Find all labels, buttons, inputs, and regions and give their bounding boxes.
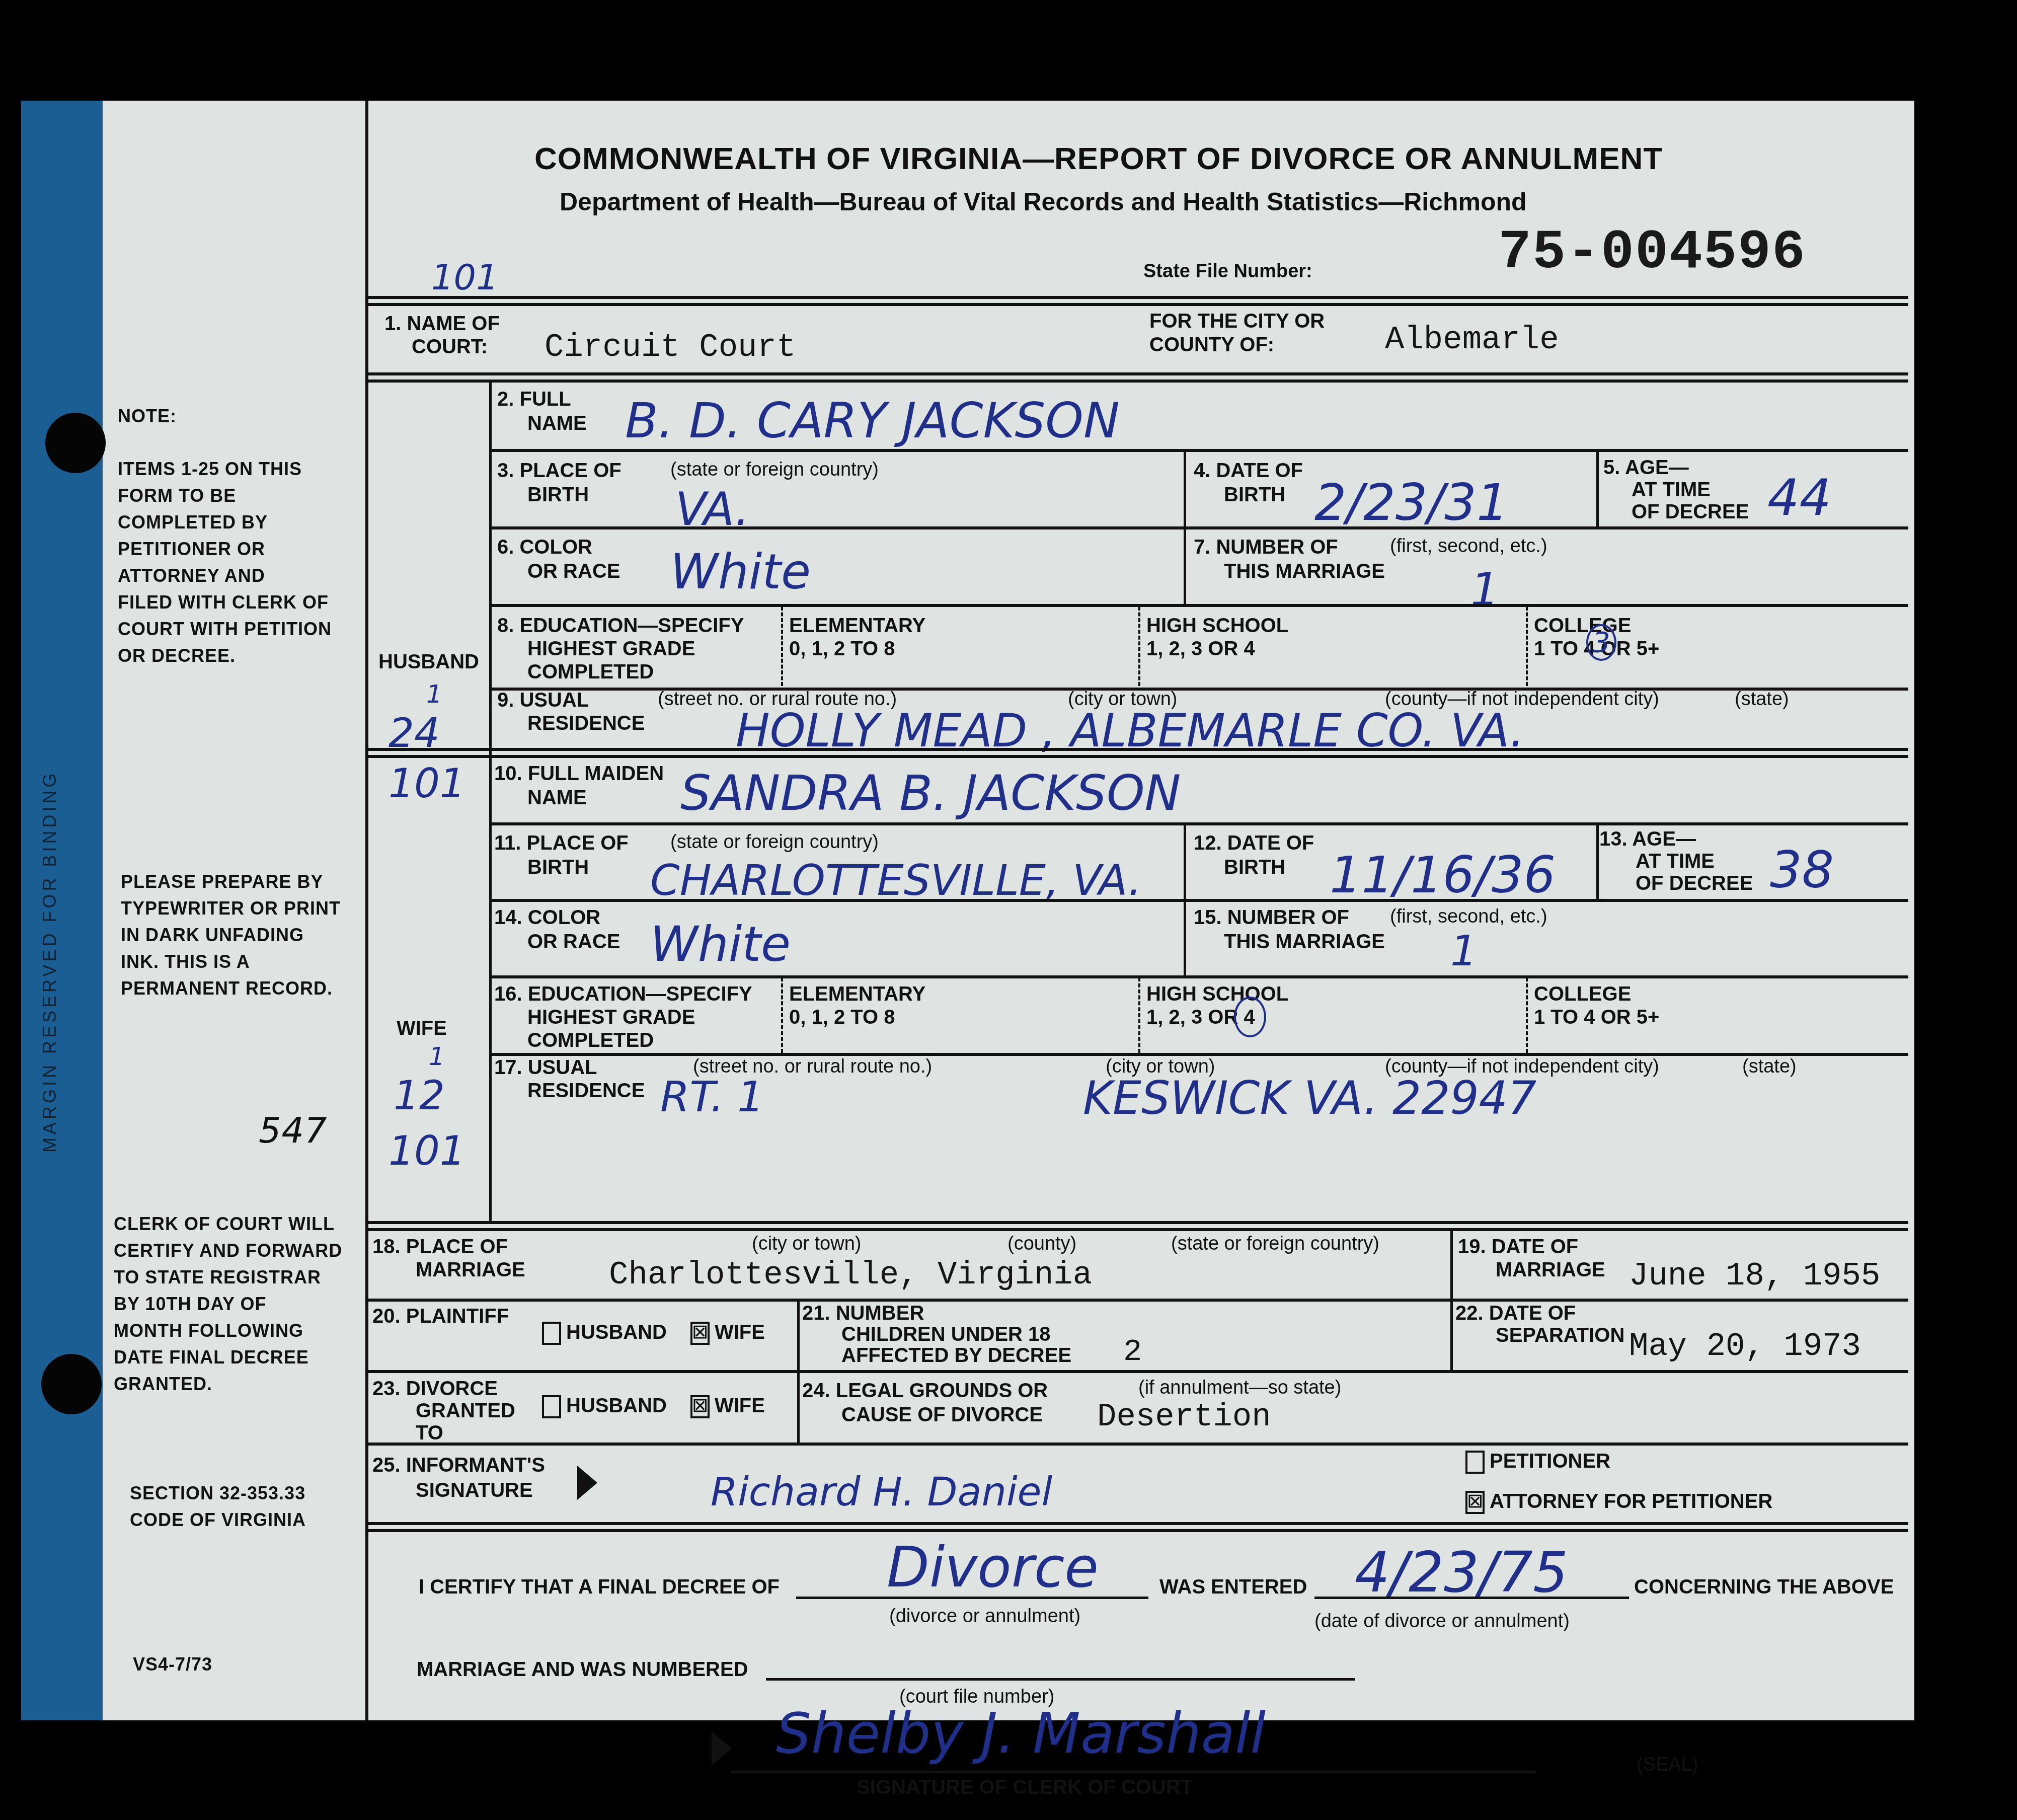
was-entered-text: WAS ENTERED	[1159, 1575, 1307, 1599]
husband-name-label: NAME	[527, 412, 587, 435]
marriage-place-hint-state: (state or foreign country)	[1171, 1233, 1379, 1255]
husband-race-label: 6. COLOR	[497, 536, 592, 559]
court-label-1: 1. NAME OF	[384, 312, 500, 335]
granted-wife-checkbox[interactable]: ☒WIFE	[690, 1394, 765, 1418]
informant-attorney-checkbox[interactable]: ☒ATTORNEY FOR PETITIONER	[1465, 1490, 1772, 1514]
husband-marriage-num-hint: (first, second, etc.)	[1390, 536, 1547, 557]
husband-dob-label: 4. DATE OF	[1194, 459, 1303, 482]
husband-race-field[interactable]: White	[670, 544, 811, 600]
prepare-line: TYPEWRITER OR PRINT	[121, 895, 341, 922]
wife-name-label: 10. FULL MAIDEN	[494, 762, 664, 785]
grounds-label: CAUSE OF DIVORCE	[841, 1403, 1043, 1426]
marriage-place-label: MARRIAGE	[416, 1258, 525, 1281]
clerk-signature-label: SIGNATURE OF CLERK OF COURT	[857, 1776, 1193, 1799]
divider	[368, 1529, 1908, 1532]
marriage-place-label: 18. PLACE OF	[372, 1235, 508, 1258]
clerk-signature-line	[731, 1771, 1536, 1773]
informant-label: 25. INFORMANT'S	[372, 1454, 545, 1477]
section-line: CODE OF VIRGINIA	[130, 1506, 306, 1533]
husband-section-label: HUSBAND	[378, 650, 479, 673]
plaintiff-wife-checkbox[interactable]: ☒WIFE	[690, 1321, 765, 1345]
county-field[interactable]: Albemarle	[1385, 322, 1559, 358]
wife-marriage-num-hint: (first, second, etc.)	[1390, 906, 1547, 928]
granted-label: 23. DIVORCE	[372, 1377, 498, 1400]
wife-birthplace-hint: (state or foreign country)	[670, 831, 879, 853]
punch-hole-top	[45, 413, 106, 473]
wife-dob-label: BIRTH	[1224, 856, 1285, 879]
cell-divider	[1450, 1231, 1453, 1300]
wife-edu-college-range: 1 TO 4 OR 5+	[1534, 1006, 1659, 1029]
marriage-place-hint-city: (city or town)	[752, 1233, 861, 1255]
court-name-field[interactable]: Circuit Court	[545, 330, 796, 366]
clerk-line: GRANTED.	[114, 1371, 212, 1397]
wife-dob-field[interactable]: 11/16/36	[1330, 846, 1556, 904]
granted-label: TO	[416, 1421, 443, 1445]
checkbox-icon	[1465, 1451, 1485, 1474]
checkbox-icon	[542, 1322, 561, 1345]
wife-marriage-num-field[interactable]: 1	[1450, 926, 1477, 975]
marriage-date-label: MARRIAGE	[1496, 1258, 1605, 1281]
husband-birthplace-label: 3. PLACE OF	[497, 459, 622, 482]
form-title: COMMONWEALTH OF VIRGINIA—REPORT OF DIVOR…	[534, 141, 1663, 177]
note-line: ITEMS 1-25 ON THIS	[118, 456, 302, 482]
divider	[368, 755, 1908, 758]
wife-education-label: COMPLETED	[527, 1029, 654, 1052]
clerk-line: CERTIFY AND FORWARD	[114, 1237, 342, 1264]
husband-birthplace-hint: (state or foreign country)	[670, 459, 879, 481]
court-file-number-line	[766, 1678, 1355, 1681]
cell-divider	[781, 977, 783, 1053]
prepare-line: INK. THIS IS A	[121, 948, 250, 975]
informant-petitioner-checkbox[interactable]: PETITIONER	[1465, 1450, 1610, 1474]
grounds-field[interactable]: Desertion	[1097, 1399, 1271, 1435]
husband-education-label: 8. EDUCATION—SPECIFY	[497, 614, 744, 637]
husband-age-label: OF DECREE	[1632, 500, 1749, 523]
state-file-number-label: State File Number:	[1143, 261, 1312, 282]
divider	[489, 975, 1908, 978]
state-file-number: 75-004596	[1498, 221, 1806, 284]
marriage-place-hint-county: (county)	[1007, 1233, 1076, 1255]
husband-edu-college-circled[interactable]: 3	[1586, 624, 1616, 661]
clerk-line: BY 10TH DAY OF	[114, 1291, 266, 1317]
form-id: VS4-7/73	[133, 1651, 212, 1678]
plaintiff-label: 20. PLAINTIFF	[372, 1305, 509, 1328]
husband-age-field[interactable]: 44	[1767, 468, 1831, 527]
cell-divider	[1526, 606, 1528, 686]
cell-divider	[1450, 1302, 1453, 1372]
decree-date-hint: (date of divorce or annulment)	[1314, 1611, 1570, 1632]
plaintiff-husband-checkbox[interactable]: HUSBAND	[542, 1321, 667, 1345]
cell-divider	[1138, 977, 1140, 1053]
cell-divider	[781, 606, 783, 686]
clerk-line: DATE FINAL DECREE	[114, 1344, 309, 1371]
punch-hole-bottom	[41, 1354, 102, 1414]
wife-edu-highschool-circle[interactable]: 4	[1234, 997, 1266, 1037]
form-main: COMMONWEALTH OF VIRGINIA—REPORT OF DIVOR…	[368, 101, 1915, 1720]
cell-divider	[1526, 977, 1528, 1053]
husband-birthplace-label: BIRTH	[527, 483, 589, 506]
husband-marriage-num-label: 7. NUMBER OF	[1194, 536, 1338, 559]
county-label-1: FOR THE CITY OR	[1149, 310, 1325, 333]
wife-race-label: OR RACE	[527, 930, 620, 953]
divider	[368, 1370, 1908, 1373]
wife-education-label: 16. EDUCATION—SPECIFY	[494, 982, 752, 1006]
divider	[368, 296, 1908, 299]
note-line: COURT WITH PETITION	[118, 616, 332, 642]
wife-edu-elementary-range: 0, 1, 2 TO 8	[789, 1006, 895, 1029]
divider	[489, 526, 1908, 529]
checkbox-label: WIFE	[715, 1395, 765, 1417]
wife-margin-code: 101	[389, 1127, 466, 1174]
note-line: COMPLETED BY	[118, 509, 268, 536]
clerk-signature-field[interactable]: Shelby J. Marshall	[776, 1701, 1266, 1766]
divider	[489, 449, 1908, 452]
decree-date-field[interactable]: 4/23/75	[1355, 1540, 1568, 1605]
husband-education-label: COMPLETED	[527, 660, 654, 684]
note-line: FILED WITH CLERK OF	[118, 589, 329, 616]
granted-husband-checkbox[interactable]: HUSBAND	[542, 1394, 667, 1418]
wife-age-field[interactable]: 38	[1770, 841, 1834, 899]
marriage-date-field[interactable]: June 18, 1955	[1629, 1258, 1880, 1295]
children-label: CHILDREN UNDER 18	[841, 1323, 1051, 1346]
court-label-2: COURT:	[412, 335, 488, 358]
section-divider	[489, 758, 492, 1221]
husband-edu-highschool-range: 1, 2, 3 OR 4	[1146, 637, 1255, 660]
wife-residence-city-field[interactable]: KESWICK VA. 22947	[1083, 1072, 1536, 1125]
husband-residence-label: RESIDENCE	[527, 712, 645, 735]
husband-name-label: 2. FULL	[497, 388, 571, 411]
note-line: ATTORNEY AND	[118, 562, 265, 589]
clerk-line: MONTH FOLLOWING	[114, 1317, 303, 1344]
grounds-label: 24. LEGAL GROUNDS OR	[802, 1379, 1048, 1402]
wife-margin-code: 1	[429, 1042, 445, 1071]
decree-type-field[interactable]: Divorce	[887, 1535, 1099, 1600]
marriage-date-label: 19. DATE OF	[1458, 1235, 1578, 1258]
wife-education-label: HIGHEST GRADE	[527, 1006, 695, 1029]
note-line: OR DECREE.	[118, 642, 236, 669]
children-field[interactable]: 2	[1123, 1334, 1142, 1370]
section-line: SECTION 32-353.33	[130, 1480, 305, 1506]
granted-label: GRANTED	[416, 1399, 515, 1422]
cell-divider	[1184, 900, 1186, 975]
wife-residence-label: 17. USUAL	[494, 1056, 597, 1079]
separation-label: SEPARATION	[1496, 1324, 1624, 1347]
marriage-place-field[interactable]: Charlottesville, Virginia	[609, 1257, 1092, 1294]
divider	[489, 604, 1908, 607]
divider	[489, 899, 1908, 902]
separation-date-field[interactable]: May 20, 1973	[1629, 1329, 1861, 1365]
arrow-right-icon	[712, 1731, 732, 1766]
divider	[368, 303, 1908, 306]
husband-residence-label: 9. USUAL	[497, 689, 589, 712]
cell-divider	[1184, 823, 1186, 899]
divider	[489, 822, 1908, 825]
note-line: PETITIONER OR	[118, 536, 265, 562]
checkbox-label: PETITIONER	[1490, 1450, 1610, 1472]
divider	[368, 1299, 1908, 1302]
binding-text: MARGIN RESERVED FOR BINDING	[39, 771, 60, 1153]
checkbox-checked-icon: ☒	[690, 1322, 710, 1345]
concerning-text: CONCERNING THE ABOVE	[1634, 1575, 1894, 1599]
sidebar-notes: NOTE: ITEMS 1-25 ON THIS FORM TO BE COMP…	[103, 101, 368, 1720]
handwritten-code-top: 101	[431, 257, 499, 298]
children-label: 21. NUMBER	[802, 1302, 924, 1325]
husband-residence-hint-state: (state)	[1735, 689, 1789, 710]
husband-education-label: HIGHEST GRADE	[527, 637, 695, 660]
husband-edu-college[interactable]: COLLEGE	[1534, 614, 1631, 637]
checkbox-checked-icon: ☒	[1465, 1491, 1485, 1514]
wife-margin-code: 12	[394, 1072, 445, 1119]
wife-birthplace-label: 11. PLACE OF	[494, 831, 629, 855]
cell-divider	[1184, 450, 1186, 526]
husband-race-label: OR RACE	[527, 560, 620, 583]
wife-edu-highschool[interactable]: HIGH SCHOOL	[1146, 982, 1288, 1006]
husband-marriage-num-field[interactable]: 1	[1470, 564, 1499, 617]
arrow-right-icon	[577, 1466, 597, 1500]
wife-race-field[interactable]: White	[650, 916, 791, 972]
county-label-2: COUNTY OF:	[1149, 333, 1274, 356]
checkbox-icon	[542, 1395, 561, 1418]
divider	[368, 380, 1908, 383]
wife-age-label: OF DECREE	[1636, 872, 1753, 895]
checkbox-label: HUSBAND	[566, 1321, 667, 1343]
cell-divider	[1596, 823, 1599, 899]
husband-age-label: AT TIME	[1632, 478, 1711, 501]
binding-margin	[21, 101, 103, 1720]
prepare-line: IN DARK UNFADING	[121, 922, 304, 948]
divider	[368, 1443, 1908, 1446]
wife-section-label: WIFE	[397, 1017, 447, 1040]
seal-label: (SEAL)	[1637, 1754, 1698, 1776]
wife-age-label: 13. AGE—	[1599, 827, 1696, 851]
wife-age-label: AT TIME	[1636, 850, 1715, 873]
husband-margin-code: 101	[389, 760, 466, 807]
divider	[368, 372, 1908, 375]
husband-edu-elementary[interactable]: ELEMENTARY	[789, 614, 925, 637]
children-label: AFFECTED BY DECREE	[841, 1344, 1071, 1367]
decree-type-hint: (divorce or annulment)	[889, 1606, 1080, 1627]
note-title: NOTE:	[118, 403, 177, 429]
divider	[368, 1221, 1908, 1224]
divider	[368, 748, 1908, 751]
wife-marriage-num-label: THIS MARRIAGE	[1224, 930, 1385, 953]
husband-marriage-num-label: THIS MARRIAGE	[1224, 560, 1385, 583]
handwritten-547: 547	[259, 1117, 328, 1144]
clerk-line: CLERK OF COURT WILL	[114, 1210, 335, 1237]
checkbox-label: WIFE	[715, 1321, 765, 1343]
wife-dob-label: 12. DATE OF	[1194, 831, 1314, 855]
cell-divider	[1184, 527, 1186, 604]
cell-divider	[1138, 606, 1140, 686]
informant-signature-field[interactable]: Richard H. Daniel	[711, 1470, 1052, 1515]
husband-full-name-field[interactable]: B. D. CARY JACKSON	[625, 393, 1120, 449]
wife-race-label: 14. COLOR	[494, 906, 600, 929]
checkbox-label: HUSBAND	[566, 1395, 667, 1417]
husband-edu-highschool[interactable]: HIGH SCHOOL	[1146, 614, 1288, 637]
wife-birthplace-label: BIRTH	[527, 856, 589, 879]
wife-residence-street-field[interactable]: RT. 1	[660, 1072, 764, 1121]
prepare-line: PERMANENT RECORD.	[121, 975, 333, 1002]
husband-dob-label: BIRTH	[1224, 483, 1285, 506]
wife-birthplace-field[interactable]: CHARLOTTESVILLE, VA.	[650, 856, 1142, 905]
wife-residence-label: RESIDENCE	[527, 1079, 645, 1102]
wife-edu-elementary[interactable]: ELEMENTARY	[789, 982, 925, 1006]
checkbox-label: ATTORNEY FOR PETITIONER	[1490, 1490, 1772, 1512]
wife-edu-college[interactable]: COLLEGE	[1534, 982, 1631, 1006]
grounds-hint: (if annulment—so state)	[1138, 1377, 1341, 1399]
prepare-line: PLEASE PREPARE BY	[121, 868, 323, 895]
husband-edu-elementary-range: 0, 1, 2 TO 8	[789, 637, 895, 660]
numbered-text: MARRIAGE AND WAS NUMBERED	[417, 1658, 748, 1681]
husband-dob-field[interactable]: 2/23/31	[1314, 473, 1509, 532]
separation-label: 22. DATE OF	[1455, 1302, 1576, 1325]
wife-residence-hint-state: (state)	[1742, 1056, 1797, 1078]
clerk-line: TO STATE REGISTRAR	[114, 1264, 321, 1291]
divider	[368, 1228, 1908, 1231]
checkbox-checked-icon: ☒	[690, 1395, 710, 1418]
husband-margin-code: 1	[426, 679, 442, 709]
wife-full-name-field[interactable]: SANDRA B. JACKSON	[680, 765, 1181, 821]
note-line: FORM TO BE	[118, 482, 236, 509]
certify-text: I CERTIFY THAT A FINAL DECREE OF	[419, 1575, 780, 1599]
cell-divider	[1596, 450, 1599, 526]
wife-name-label: NAME	[527, 786, 587, 809]
informant-label: SIGNATURE	[416, 1479, 533, 1502]
divider	[368, 1522, 1908, 1525]
wife-marriage-num-label: 15. NUMBER OF	[1194, 906, 1349, 929]
form-subtitle: Department of Health—Bureau of Vital Rec…	[560, 187, 1527, 216]
husband-age-label: 5. AGE—	[1603, 456, 1689, 479]
